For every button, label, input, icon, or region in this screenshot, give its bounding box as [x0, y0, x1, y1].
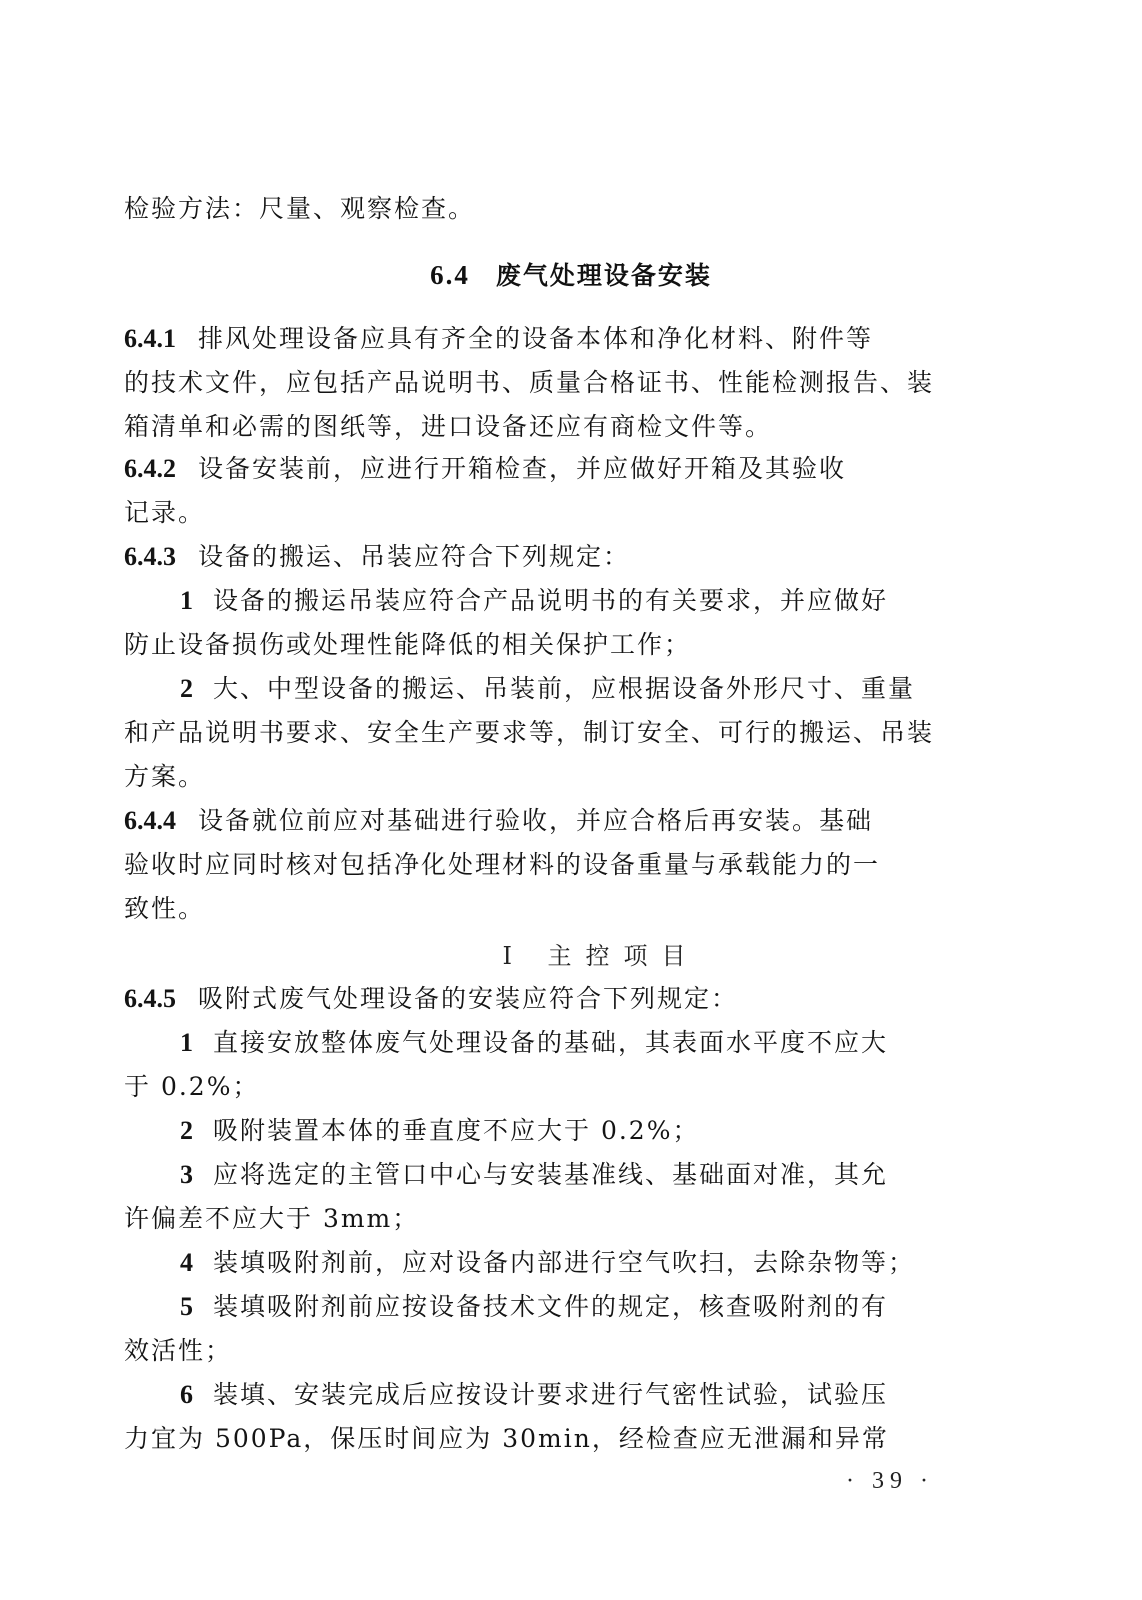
- text-line: 致性。: [124, 892, 904, 926]
- text-line: 和产品说明书要求、安全生产要求等，制订安全、可行的搬运、吊装: [124, 716, 904, 750]
- line-text: 设备的搬运、吊装应符合下列规定：: [198, 542, 630, 571]
- clause-number: 6.4.3: [124, 540, 176, 574]
- clause-6-4-1: 6.4.1排风处理设备应具有齐全的设备本体和净化材料、附件等: [124, 322, 904, 356]
- text-line: 验收时应同时核对包括净化处理材料的设备重量与承载能力的一: [124, 848, 904, 882]
- list-item-6: 6装填、安装完成后应按设计要求进行气密性试验，试验压: [124, 1378, 904, 1412]
- line-text: 应将选定的主管口中心与安装基准线、基础面对准，其允: [213, 1160, 888, 1189]
- list-item-1: 1设备的搬运吊装应符合产品说明书的有关要求，并应做好: [124, 584, 904, 618]
- text-line: 记录。: [124, 496, 904, 530]
- text-line: 方案。: [124, 760, 904, 794]
- line-text: 大、中型设备的搬运、吊装前，应根据设备外形尺寸、重量: [213, 674, 915, 703]
- clause-number: 6.4.2: [124, 452, 176, 486]
- subsection-heading: Ⅰ 主控项目: [0, 936, 1142, 971]
- line-text: 装填吸附剂前，应对设备内部进行空气吹扫，去除杂物等；: [213, 1248, 915, 1277]
- line-text: 设备的搬运吊装应符合产品说明书的有关要求，并应做好: [213, 586, 888, 615]
- line-text: 效活性；: [124, 1336, 232, 1365]
- item-number: 2: [180, 1114, 193, 1148]
- text-line: 检验方法：尺量、观察检查。: [124, 192, 904, 226]
- line-text: 吸附式废气处理设备的安装应符合下列规定：: [198, 984, 738, 1013]
- text-line: 效活性；: [124, 1334, 904, 1368]
- clause-number: 6.4.5: [124, 982, 176, 1016]
- line-text: 记录。: [124, 498, 205, 527]
- clause-6-4-2: 6.4.2设备安装前，应进行开箱检查，并应做好开箱及其验收: [124, 452, 904, 486]
- line-text: 许偏差不应大于 3mm；: [124, 1204, 419, 1233]
- text-line: 防止设备损伤或处理性能降低的相关保护工作；: [124, 628, 904, 662]
- line-text: 于 0.2%；: [124, 1072, 259, 1101]
- text-line: 力宜为 500Pa，保压时间应为 30min，经检查应无泄漏和异常: [124, 1422, 904, 1456]
- item-number: 5: [180, 1290, 193, 1324]
- line-text: 设备就位前应对基础进行验收，并应合格后再安装。基础: [198, 806, 873, 835]
- line-text: 力宜为 500Pa，保压时间应为 30min，经检查应无泄漏和异常: [124, 1424, 889, 1453]
- line-text: 防止设备损伤或处理性能降低的相关保护工作；: [124, 630, 691, 659]
- line-text: 吸附装置本体的垂直度不应大于 0.2%；: [213, 1116, 699, 1145]
- text-line: 的技术文件，应包括产品说明书、质量合格证书、性能检测报告、装: [124, 366, 904, 400]
- text-line: 于 0.2%；: [124, 1070, 904, 1104]
- line-text: 致性。: [124, 894, 205, 923]
- clause-number: 6.4.1: [124, 322, 176, 356]
- line-text: 验收时应同时核对包括净化处理材料的设备重量与承载能力的一: [124, 850, 880, 879]
- item-number: 2: [180, 672, 193, 706]
- line-text: 箱清单和必需的图纸等，进口设备还应有商检文件等。: [124, 412, 772, 441]
- item-number: 6: [180, 1378, 193, 1412]
- line-text: 方案。: [124, 762, 205, 791]
- list-item-5: 5装填吸附剂前应按设备技术文件的规定，核查吸附剂的有: [124, 1290, 904, 1324]
- list-item-4: 4装填吸附剂前，应对设备内部进行空气吹扫，去除杂物等；: [124, 1246, 904, 1280]
- item-number: 1: [180, 584, 193, 618]
- list-item-3: 3应将选定的主管口中心与安装基准线、基础面对准，其允: [124, 1158, 904, 1192]
- list-item-2: 2吸附装置本体的垂直度不应大于 0.2%；: [124, 1114, 904, 1148]
- subsection-label: Ⅰ 主控项目: [502, 942, 699, 970]
- line-text: 检验方法：尺量、观察检查。: [124, 194, 475, 223]
- line-text: 装填、安装完成后应按设计要求进行气密性试验，试验压: [213, 1380, 888, 1409]
- list-item-2: 2大、中型设备的搬运、吊装前，应根据设备外形尺寸、重量: [124, 672, 904, 706]
- line-text: 排风处理设备应具有齐全的设备本体和净化材料、附件等: [198, 324, 873, 353]
- line-text: 装填吸附剂前应按设备技术文件的规定，核查吸附剂的有: [213, 1292, 888, 1321]
- line-text: 设备安装前，应进行开箱检查，并应做好开箱及其验收: [198, 454, 846, 483]
- item-number: 1: [180, 1026, 193, 1060]
- line-text: 和产品说明书要求、安全生产要求等，制订安全、可行的搬运、吊装: [124, 718, 934, 747]
- text-line: 许偏差不应大于 3mm；: [124, 1202, 904, 1236]
- page-number: · 39 ·: [790, 1468, 990, 1495]
- line-text: 的技术文件，应包括产品说明书、质量合格证书、性能检测报告、装: [124, 368, 934, 397]
- clause-6-4-5: 6.4.5吸附式废气处理设备的安装应符合下列规定：: [124, 982, 904, 1016]
- clause-number: 6.4.4: [124, 804, 176, 838]
- section-number: 6.4: [430, 260, 470, 290]
- document-page: 检验方法：尺量、观察检查。 6.4废气处理设备安装 6.4.1排风处理设备应具有…: [0, 0, 1142, 1600]
- section-title: 废气处理设备安装: [496, 261, 712, 290]
- line-text: 直接安放整体废气处理设备的基础，其表面水平度不应大: [213, 1028, 888, 1057]
- clause-6-4-4: 6.4.4设备就位前应对基础进行验收，并应合格后再安装。基础: [124, 804, 904, 838]
- list-item-1: 1直接安放整体废气处理设备的基础，其表面水平度不应大: [124, 1026, 904, 1060]
- item-number: 3: [180, 1158, 193, 1192]
- section-heading: 6.4废气处理设备安装: [0, 256, 1142, 292]
- item-number: 4: [180, 1246, 193, 1280]
- text-line: 箱清单和必需的图纸等，进口设备还应有商检文件等。: [124, 410, 904, 444]
- clause-6-4-3: 6.4.3设备的搬运、吊装应符合下列规定：: [124, 540, 904, 574]
